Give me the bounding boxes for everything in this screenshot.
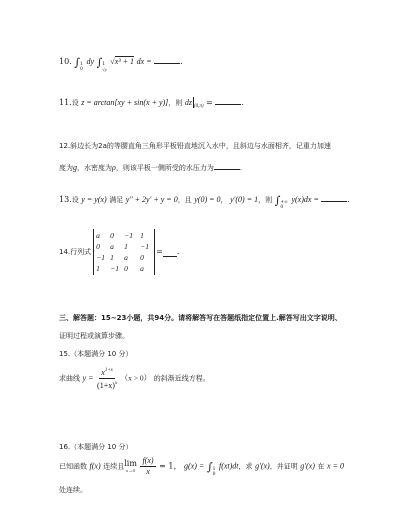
matrix-cell: 0 bbox=[140, 252, 152, 263]
matrix-cell: a bbox=[140, 263, 152, 274]
matrix-cell: 1 bbox=[140, 230, 152, 241]
matrix-cell: 1 bbox=[124, 241, 140, 252]
denominator: x bbox=[146, 467, 150, 477]
lim-label: lim bbox=[124, 460, 137, 467]
initial-condition-2: y′(0) = 1 bbox=[230, 195, 258, 204]
integral-limits: 1√y bbox=[102, 62, 106, 72]
question-label: 14.行列式 bbox=[59, 246, 91, 258]
question-number: 11. bbox=[59, 98, 72, 107]
answer-blank[interactable] bbox=[163, 248, 177, 257]
comma: ， bbox=[221, 196, 228, 204]
question-number: 13. bbox=[59, 195, 72, 204]
matrix-cell: 1 bbox=[96, 263, 110, 274]
fraction: x1+x (1+x)x bbox=[97, 366, 117, 391]
matrix-cell: 1 bbox=[110, 252, 124, 263]
matrix-cell: a bbox=[96, 230, 110, 241]
initial-condition-1: y(0) = 0 bbox=[194, 195, 220, 204]
prefix: 设 bbox=[72, 99, 79, 107]
equals: = bbox=[206, 98, 213, 107]
question-10: 10. ∫10 dy ∫1√y √x³ + 1 dx = . bbox=[59, 55, 183, 72]
connector: ，则 bbox=[168, 99, 182, 107]
function-f: f(x) bbox=[90, 462, 101, 471]
answer-blank[interactable] bbox=[214, 161, 240, 170]
period: . bbox=[180, 57, 183, 66]
y-equals: y = bbox=[83, 374, 94, 383]
text: 在 bbox=[317, 463, 324, 471]
dx: dx = bbox=[137, 57, 152, 66]
dz: dz bbox=[185, 98, 192, 107]
answer-blank[interactable] bbox=[154, 55, 180, 64]
numerator: f(x) bbox=[140, 456, 155, 467]
dy: dy bbox=[86, 57, 94, 66]
question-15: 求曲线 y = x1+x (1+x)x （x > 0） 的斜渐近线方程。 bbox=[59, 366, 210, 391]
text: ，并证明 bbox=[270, 463, 298, 471]
matrix-cell: −1 bbox=[124, 230, 140, 241]
evaluation-point: (0,π) bbox=[194, 104, 204, 109]
text: 已知函数 bbox=[59, 463, 87, 471]
section-3-line2: 证明过程或演算步骤。 bbox=[59, 327, 359, 345]
lower-limit: 0 bbox=[80, 67, 83, 72]
text: ，求 bbox=[239, 463, 253, 471]
function-def: y = y(x) bbox=[81, 195, 106, 204]
prefix: 设 bbox=[72, 196, 79, 204]
suffix: 的斜渐近线方程。 bbox=[154, 375, 210, 383]
text: ，则该平板一侧所受的水压力为 bbox=[116, 164, 214, 172]
text: ，且 bbox=[178, 196, 192, 204]
matrix-cell: a bbox=[124, 252, 140, 263]
question-13: 13.设 y = y(x) 满足 y″ + 2y′ + y = 0，且 y(0)… bbox=[59, 193, 350, 210]
question-16-header: 16.（本题满分 10 分） bbox=[59, 441, 133, 453]
integrand: f(xt)dt bbox=[219, 462, 239, 471]
question-16-line2: 处连续。 bbox=[59, 484, 87, 496]
denominator-base: (1+x) bbox=[97, 381, 115, 390]
answer-blank[interactable] bbox=[321, 193, 347, 202]
prefix: 求曲线 bbox=[59, 375, 80, 383]
question-15-header: 15.（本题满分 10 分） bbox=[59, 348, 133, 360]
integral-limits: +∞0 bbox=[280, 200, 288, 210]
numerator: x1+x bbox=[99, 366, 115, 379]
matrix-cell: −1 bbox=[110, 263, 124, 274]
question-12-line1: 12.斜边长为2a的等腰直角三角形平板铅直地沉入水中，且斜边与水面相齐，记重力加… bbox=[59, 136, 331, 157]
lower-limit: 0 bbox=[213, 472, 216, 477]
g-prime: g′(x) bbox=[300, 462, 315, 471]
section-3-instructions: 三、解答题：15~23小题，共94分。请将解答写在答题纸指定位置上.解答写出文字… bbox=[59, 309, 359, 345]
limit: limx→0 bbox=[124, 460, 137, 474]
numerator-exponent: 1+x bbox=[105, 368, 113, 373]
lower-limit: 0 bbox=[280, 205, 288, 210]
question-11: 11.设 z = arctan[xy + sin(x + y)]，则 dz(0,… bbox=[59, 96, 244, 113]
text: 满足 bbox=[109, 196, 123, 204]
condition: （x > 0） bbox=[121, 374, 151, 383]
integral-limits: 10 bbox=[80, 62, 83, 72]
period: . bbox=[177, 246, 180, 258]
section-3-line1: 三、解答题：15~23小题，共94分。请将解答写在答题纸指定位置上.解答写出文字… bbox=[59, 309, 359, 327]
question-12-line2: 度为g，水密度为ρ，则该平板一侧所受的水压力为. bbox=[59, 157, 331, 179]
text: ，则 bbox=[258, 196, 272, 204]
text: 度为 bbox=[59, 164, 73, 172]
integrand: x³ + 1 bbox=[115, 56, 134, 66]
equals-one: = 1， bbox=[159, 462, 181, 471]
matrix-cell: a bbox=[110, 241, 124, 252]
question-number: 10. bbox=[59, 57, 72, 66]
matrix-cell: 0 bbox=[110, 230, 124, 241]
integral-limits: 10 bbox=[213, 467, 216, 477]
determinant-wrap: 14.行列式 a 0 −1 1 0 a 1 −1 −1 1 a 0 1 −1 0… bbox=[59, 229, 179, 275]
text: ，水密度为 bbox=[77, 164, 112, 172]
g-prime: g′(x) bbox=[255, 462, 270, 471]
lim-subscript: x→0 bbox=[126, 467, 135, 474]
ode: y″ + 2y′ + y = 0 bbox=[126, 195, 178, 204]
question-14: 14.行列式 a 0 −1 1 0 a 1 −1 −1 1 a 0 1 −1 0… bbox=[59, 229, 179, 275]
matrix-cell: −1 bbox=[140, 241, 152, 252]
integrand: y(x)dx = bbox=[291, 195, 318, 204]
fraction: f(x)x bbox=[140, 456, 155, 477]
answer-blank[interactable] bbox=[215, 96, 241, 105]
matrix-cell: 0 bbox=[96, 241, 110, 252]
expression: z = arctan[xy + sin(x + y)] bbox=[81, 98, 168, 107]
determinant-matrix: a 0 −1 1 0 a 1 −1 −1 1 a 0 1 −1 0 a bbox=[93, 229, 155, 275]
period: . bbox=[241, 98, 244, 107]
denominator: (1+x)x bbox=[97, 379, 117, 391]
matrix-cell: −1 bbox=[96, 252, 110, 263]
equals: = bbox=[156, 246, 163, 258]
matrix-cell: 0 bbox=[124, 263, 140, 274]
question-16: 已知函数 f(x) 连续且limx→0 f(x)x = 1， g(x) = ∫1… bbox=[59, 456, 344, 477]
period: . bbox=[240, 164, 242, 172]
text: 连续且 bbox=[103, 463, 124, 471]
g-definition: g(x) = bbox=[184, 462, 204, 471]
denominator-exponent: x bbox=[115, 381, 117, 386]
period: . bbox=[347, 195, 350, 204]
question-12: 12.斜边长为2a的等腰直角三角形平板铅直地沉入水中，且斜边与水面相齐，记重力加… bbox=[59, 136, 331, 179]
x-equals-zero: x = 0 bbox=[327, 462, 344, 471]
lower-limit: √y bbox=[102, 67, 106, 72]
